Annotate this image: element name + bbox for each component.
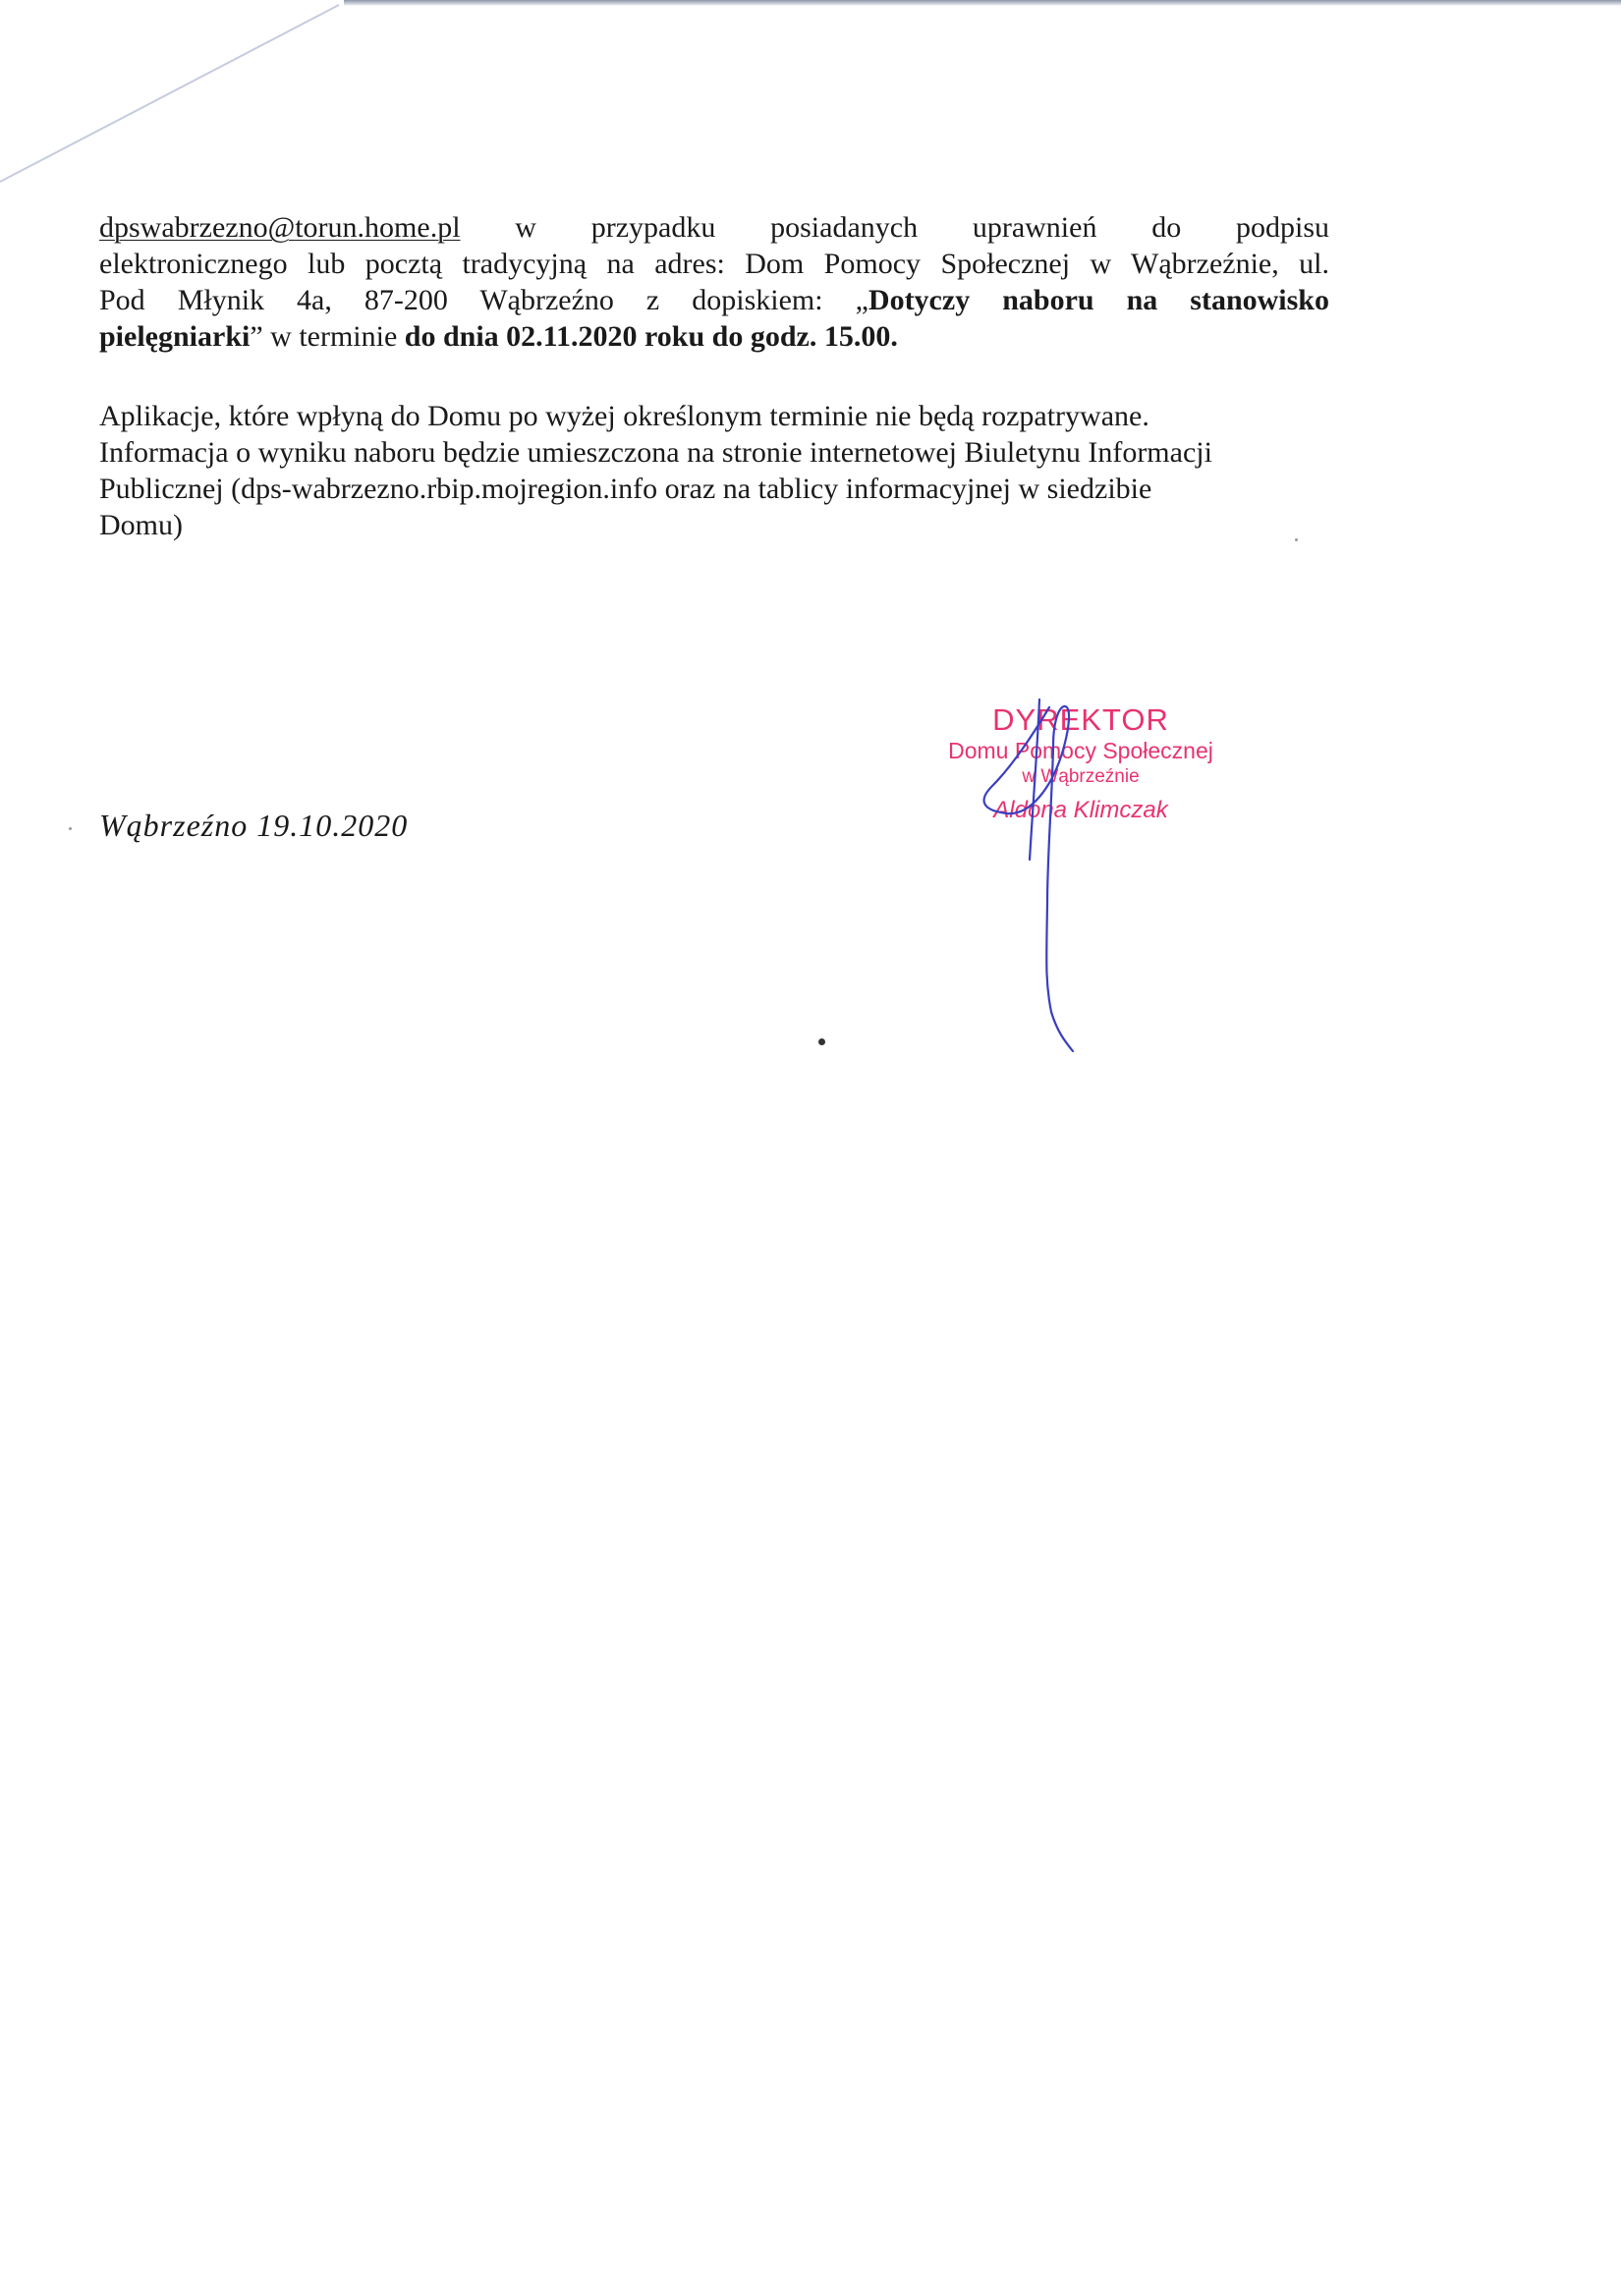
scan-speck [1295, 538, 1298, 541]
ink-dot [818, 1038, 825, 1045]
line1-text: w przypadku posiadanych uprawnień do pod… [515, 211, 1329, 244]
position-name-bold: pielęgniarki [99, 320, 250, 353]
deadline-bold: do dnia 02.11.2020 roku do godz. 15.00. [405, 320, 898, 353]
line3-text: Pod Młynik 4a, 87-200 Wąbrzeźno z dopisk… [99, 284, 868, 316]
email-link[interactable]: dpswabrzezno@torun.home.pl [99, 211, 461, 244]
application-instructions-paragraph: dpswabrzezno@torun.home.pl w przypadku p… [99, 209, 1329, 355]
paragraph2-line3: Publicznej (dps-wabrzezno.rbip.mojregion… [99, 471, 1329, 507]
results-info-paragraph: Aplikacje, które wpłyną do Domu po wyżej… [99, 398, 1329, 543]
paragraph1-line2: elektronicznego lub pocztą tradycyjną na… [99, 246, 1329, 282]
place-and-date: Wąbrzeźno 19.10.2020 [99, 808, 408, 844]
scan-fold-line [0, 0, 1624, 196]
stamp-institution: Domu Pomocy Społecznej [914, 737, 1248, 764]
paragraph1-line3: Pod Młynik 4a, 87-200 Wąbrzeźno z dopisk… [99, 282, 1329, 318]
paragraph1-line1: dpswabrzezno@torun.home.pl w przypadku p… [99, 209, 1329, 246]
paragraph2-line2: Informacja o wyniku naboru będzie umiesz… [99, 434, 1329, 471]
scan-speck [69, 827, 72, 830]
scan-top-edge [344, 0, 1621, 6]
subject-note-bold: Dotyczy naboru na stanowisko [868, 284, 1329, 316]
stamp-name: Aldona Klimczak [914, 794, 1248, 827]
line4-text: ” w terminie [250, 320, 404, 353]
stamp-location: w Wąbrzeźnie [914, 764, 1248, 790]
director-stamp: DYREKTOR Domu Pomocy Społecznej w Wąbrze… [914, 703, 1248, 827]
paragraph2-line1: Aplikacje, które wpłyną do Domu po wyżej… [99, 398, 1329, 434]
paragraph1-line4: pielęgniarki” w terminie do dnia 02.11.2… [99, 318, 1329, 355]
stamp-title: DYREKTOR [914, 703, 1248, 737]
paragraph2-line4: Domu) [99, 507, 1329, 543]
